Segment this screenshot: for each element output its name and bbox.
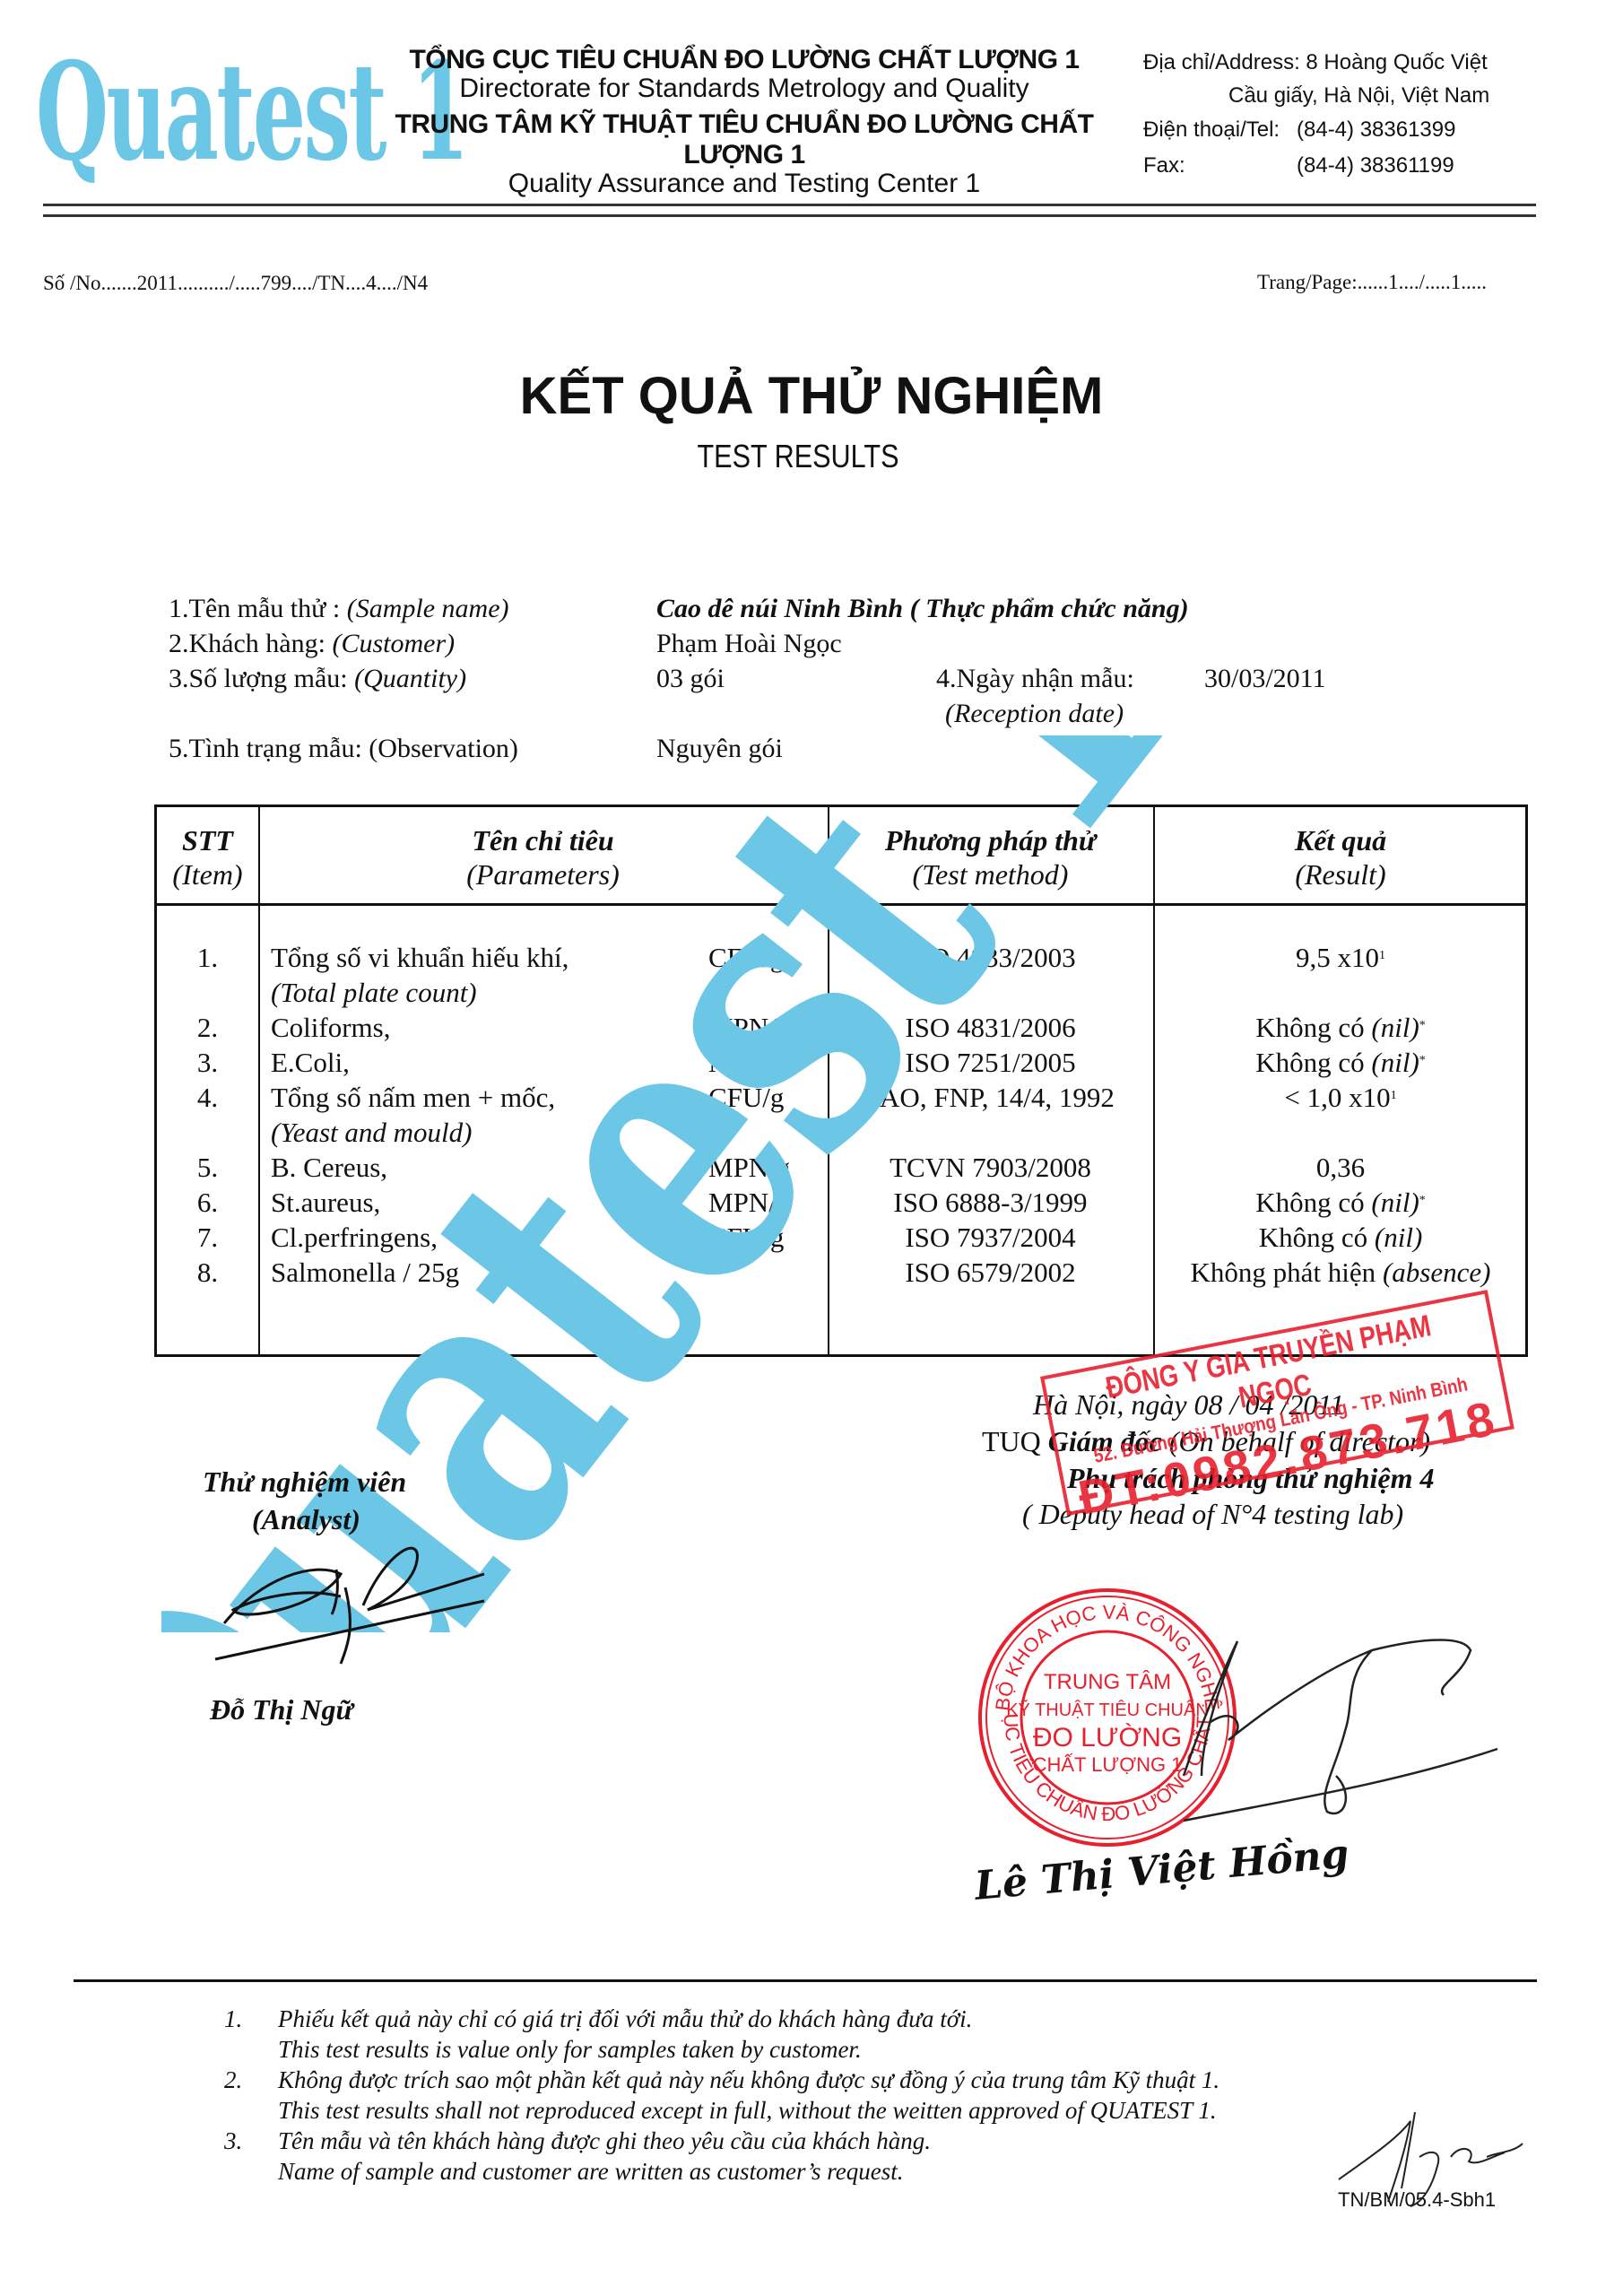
org-header: TỔNG CỤC TIÊU CHUẨN ĐO LƯỜNG CHẤT LƯỢNG … xyxy=(345,45,1143,199)
item-number: 8. xyxy=(157,1255,258,1290)
org-line-2: Directorate for Standards Metrology and … xyxy=(345,74,1143,104)
parameter-name: E.Coli, xyxy=(271,1045,701,1080)
unit: CFU/g xyxy=(708,1080,825,1115)
fax-value: (84-4) 38361199 xyxy=(1297,153,1454,178)
result-value: 0,36 xyxy=(1153,1150,1528,1185)
footer-notes: 1.Phiếu kết quả này chỉ có giá trị đối v… xyxy=(224,2004,1390,2187)
result-value: Không có (nil)* xyxy=(1153,1185,1528,1220)
parameter-name: St.aureus, xyxy=(271,1185,701,1220)
header-parameters: Tên chỉ tiêu(Parameters) xyxy=(258,823,828,891)
unit: CFU/g xyxy=(708,940,825,975)
parameter-name: Tổng số vi khuẩn hiếu khí,(Total plate c… xyxy=(271,940,701,1010)
svg-text:ĐO LƯỜNG: ĐO LƯỜNG xyxy=(1033,1723,1182,1752)
parameter-name: B. Cereus, xyxy=(271,1150,701,1185)
unit: CFU/g xyxy=(708,1220,825,1255)
item-number: 7. xyxy=(157,1220,258,1255)
result-value: < 1,0 x101 xyxy=(1153,1080,1528,1115)
unit: MPN/g xyxy=(708,1045,825,1080)
org-line-3: TRUNG TÂM KỸ THUẬT TIÊU CHUẨN ĐO LƯỜNG C… xyxy=(345,109,1143,170)
item-number: 3. xyxy=(157,1045,258,1080)
test-method: ISO 6888-3/1999 xyxy=(828,1185,1153,1220)
customer-value: Phạm Hoài Ngọc xyxy=(656,629,842,659)
results-table: STT(Item) Tên chỉ tiêu(Parameters) Phươn… xyxy=(154,804,1528,1357)
tel-value: (84-4) 38361399 xyxy=(1297,117,1455,143)
header-item: STT(Item) xyxy=(157,823,258,891)
result-value: Không có (nil) xyxy=(1153,1220,1528,1255)
unit: MPN/g xyxy=(708,1010,825,1045)
org-line-4: Quality Assurance and Testing Center 1 xyxy=(345,169,1143,199)
page-title: KẾT QUẢ THỬ NGHIỆM xyxy=(0,366,1623,426)
footer-note: 1.Phiếu kết quả này chỉ có giá trị đối v… xyxy=(224,2004,1390,2065)
test-method: ISO 6579/2002 xyxy=(828,1255,1153,1290)
test-method: ISO 4833/2003 xyxy=(828,940,1153,975)
item-number: 4. xyxy=(157,1080,258,1115)
reception-date-label-en: (Reception date) xyxy=(945,699,1124,729)
footer-note: 3.Tên mẫu và tên khách hàng được ghi the… xyxy=(224,2126,1390,2187)
document-number: Số /No.......2011........../.....799....… xyxy=(43,272,428,295)
parameter-name: Tổng số nấm men + mốc,(Yeast and mould) xyxy=(271,1080,701,1150)
result-value: Không phát hiện (absence) xyxy=(1153,1255,1528,1290)
header-divider xyxy=(157,903,1525,906)
header-rule-bottom xyxy=(43,214,1536,217)
address-line-1: Địa chỉ/Address: 8 Hoàng Quốc Việt xyxy=(1143,50,1488,75)
customer-label: 2.Khách hàng: (Customer) xyxy=(169,629,455,659)
quantity-label: 3.Số lượng mẫu: (Quantity) xyxy=(169,664,466,694)
result-value: 9,5 x101 xyxy=(1153,940,1528,975)
header-test-method: Phương pháp thử(Test method) xyxy=(828,823,1153,891)
analyst-signature xyxy=(206,1525,493,1677)
item-number: 5. xyxy=(157,1150,258,1185)
unit: MPN/g xyxy=(708,1185,825,1220)
parameter-name: Salmonella / 25g xyxy=(271,1255,701,1290)
test-method: TCVN 7903/2008 xyxy=(828,1150,1153,1185)
footer-rule xyxy=(74,1979,1537,1982)
quantity-value: 03 gói xyxy=(656,664,725,694)
head-signature xyxy=(1166,1614,1506,1848)
observation-label: 5.Tình trạng mẫu: (Observation) xyxy=(169,734,518,764)
result-value: Không có (nil)* xyxy=(1153,1045,1528,1080)
analyst-title: Thử nghiệm viên xyxy=(203,1465,406,1499)
sample-name-label: 1.Tên mẫu thử : (Sample name) xyxy=(169,594,509,624)
fax-label: Fax: xyxy=(1143,153,1185,178)
tel-label: Điện thoại/Tel: xyxy=(1143,117,1280,143)
address-line-2: Cầu giấy, Hà Nội, Việt Nam xyxy=(1228,83,1489,109)
reception-date-value: 30/03/2011 xyxy=(1204,664,1326,694)
page-subtitle: TEST RESULTS xyxy=(120,438,1477,475)
parameter-name: Coliforms, xyxy=(271,1010,701,1045)
observation-value: Nguyên gói xyxy=(656,734,783,764)
sample-name-value: Cao dê núi Ninh Bình ( Thực phẩm chức nă… xyxy=(656,594,1189,624)
test-method: ISO 7937/2004 xyxy=(828,1220,1153,1255)
unit: MPN/g xyxy=(708,1150,825,1185)
initials-signature xyxy=(1334,2103,1558,2211)
test-method: ISO 4831/2006 xyxy=(828,1010,1153,1045)
footer-note: 2.Không được trích sao một phần kết quả … xyxy=(224,2065,1390,2126)
reception-date-label: 4.Ngày nhận mẫu: xyxy=(936,664,1134,694)
svg-text:CHẤT LƯỢNG 1: CHẤT LƯỢNG 1 xyxy=(1033,1753,1183,1776)
result-value: Không có (nil)* xyxy=(1153,1010,1528,1045)
item-number: 6. xyxy=(157,1185,258,1220)
svg-text:TRUNG TÂM: TRUNG TÂM xyxy=(1044,1670,1171,1694)
header-result: Kết quả(Result) xyxy=(1153,823,1528,891)
org-line-1: TỔNG CỤC TIÊU CHUẨN ĐO LƯỜNG CHẤT LƯỢNG … xyxy=(345,45,1143,75)
test-method: FAO, FNP, 14/4, 1992 xyxy=(828,1080,1153,1115)
item-number: 1. xyxy=(157,940,258,975)
header-rule-top xyxy=(43,204,1536,206)
page-info: Trang/Page:......1..../.....1..... xyxy=(1257,271,1487,294)
test-method: ISO 7251/2005 xyxy=(828,1045,1153,1080)
item-number: 2. xyxy=(157,1010,258,1045)
analyst-name: Đỗ Thị Ngữ xyxy=(210,1693,353,1726)
parameter-name: Cl.perfringens, xyxy=(271,1220,701,1255)
